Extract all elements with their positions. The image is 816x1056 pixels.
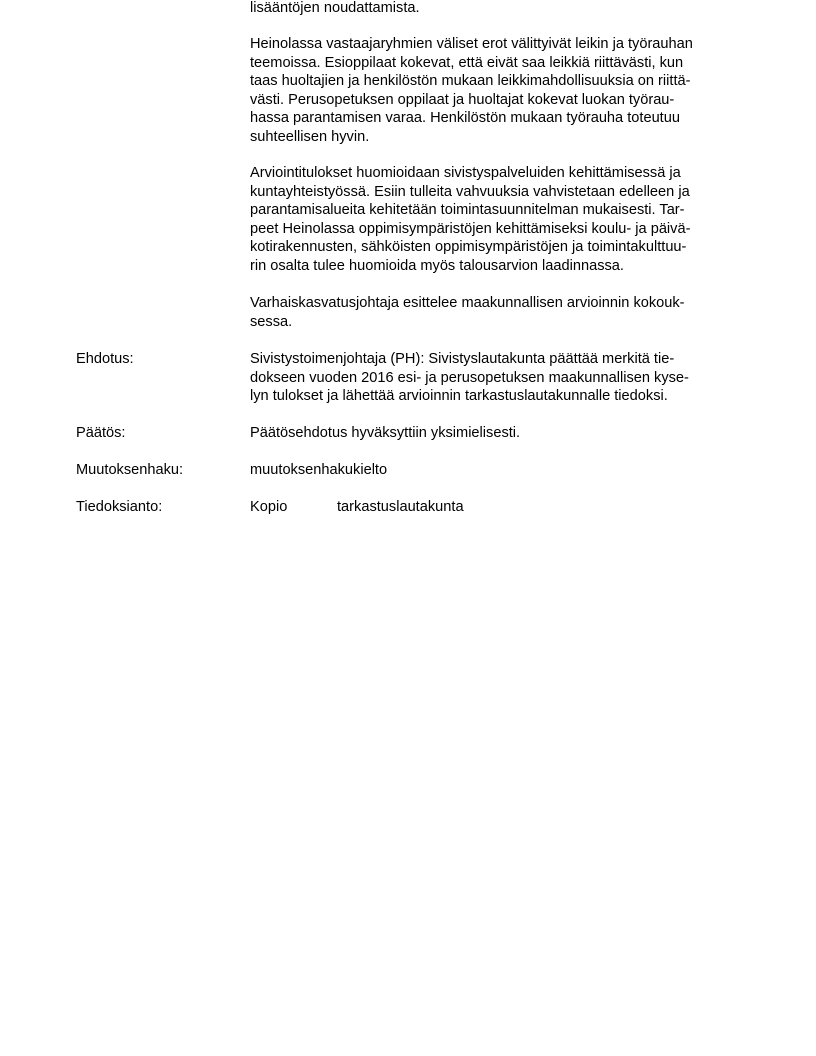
text-line: rin osalta tulee huomioida myös talousar… <box>250 257 750 276</box>
text-line: dokseen vuoden 2016 esi- ja perusopetuks… <box>250 369 689 388</box>
paragraph-presentation: Varhaiskasvatusjohtaja esittelee maakunn… <box>250 294 750 331</box>
notification-label: Tiedoksianto: <box>76 498 162 517</box>
appeal-text: muutoksenhakukielto <box>250 461 387 480</box>
text-line: sessa. <box>250 313 750 332</box>
text-line: peet Heinolassa oppimisympäristöjen kehi… <box>250 220 750 239</box>
text-line: lyn tulokset ja lähettää arvioinnin tark… <box>250 387 689 406</box>
text-line: lisääntöjen noudattamista. <box>250 0 750 18</box>
text-line: Heinolassa vastaajaryhmien väliset erot … <box>250 35 750 54</box>
text-line: Sivistystoimenjohtaja (PH): Sivistyslaut… <box>250 350 689 369</box>
text-line: teemoissa. Esioppilaat kokevat, että eiv… <box>250 54 750 73</box>
text-line: hassa parantamisen varaa. Henkilöstön mu… <box>250 109 750 128</box>
paragraph-continuation: lisääntöjen noudattamista. <box>250 0 750 18</box>
appeal-label: Muutoksenhaku: <box>76 461 183 480</box>
notification-copy-label: Kopio <box>250 498 287 517</box>
text-line: kuntayhteistyössä. Esiin tulleita vahvuu… <box>250 183 750 202</box>
text-line: suhteellisen hyvin. <box>250 128 750 147</box>
notification-recipient: tarkastuslautakunta <box>337 498 464 517</box>
decision-text: Päätösehdotus hyväksyttiin yksimielisest… <box>250 424 520 443</box>
text-line: västi. Perusopetuksen oppilaat ja huolta… <box>250 91 750 110</box>
text-line: parantamisalueita kehitetään toimintasuu… <box>250 201 750 220</box>
proposal-label: Ehdotus: <box>76 350 134 369</box>
paragraph-differences: Heinolassa vastaajaryhmien väliset erot … <box>250 35 750 147</box>
text-line: Arviointitulokset huomioidaan sivistyspa… <box>250 164 750 183</box>
decision-label: Päätös: <box>76 424 126 443</box>
text-line: kotirakennusten, sähköisten oppimisympär… <box>250 238 750 257</box>
text-line: Varhaiskasvatusjohtaja esittelee maakunn… <box>250 294 750 313</box>
proposal-text: Sivistystoimenjohtaja (PH): Sivistyslaut… <box>250 350 689 406</box>
paragraph-results-usage: Arviointitulokset huomioidaan sivistyspa… <box>250 164 750 276</box>
text-line: taas huoltajien ja henkilöstön mukaan le… <box>250 72 750 91</box>
